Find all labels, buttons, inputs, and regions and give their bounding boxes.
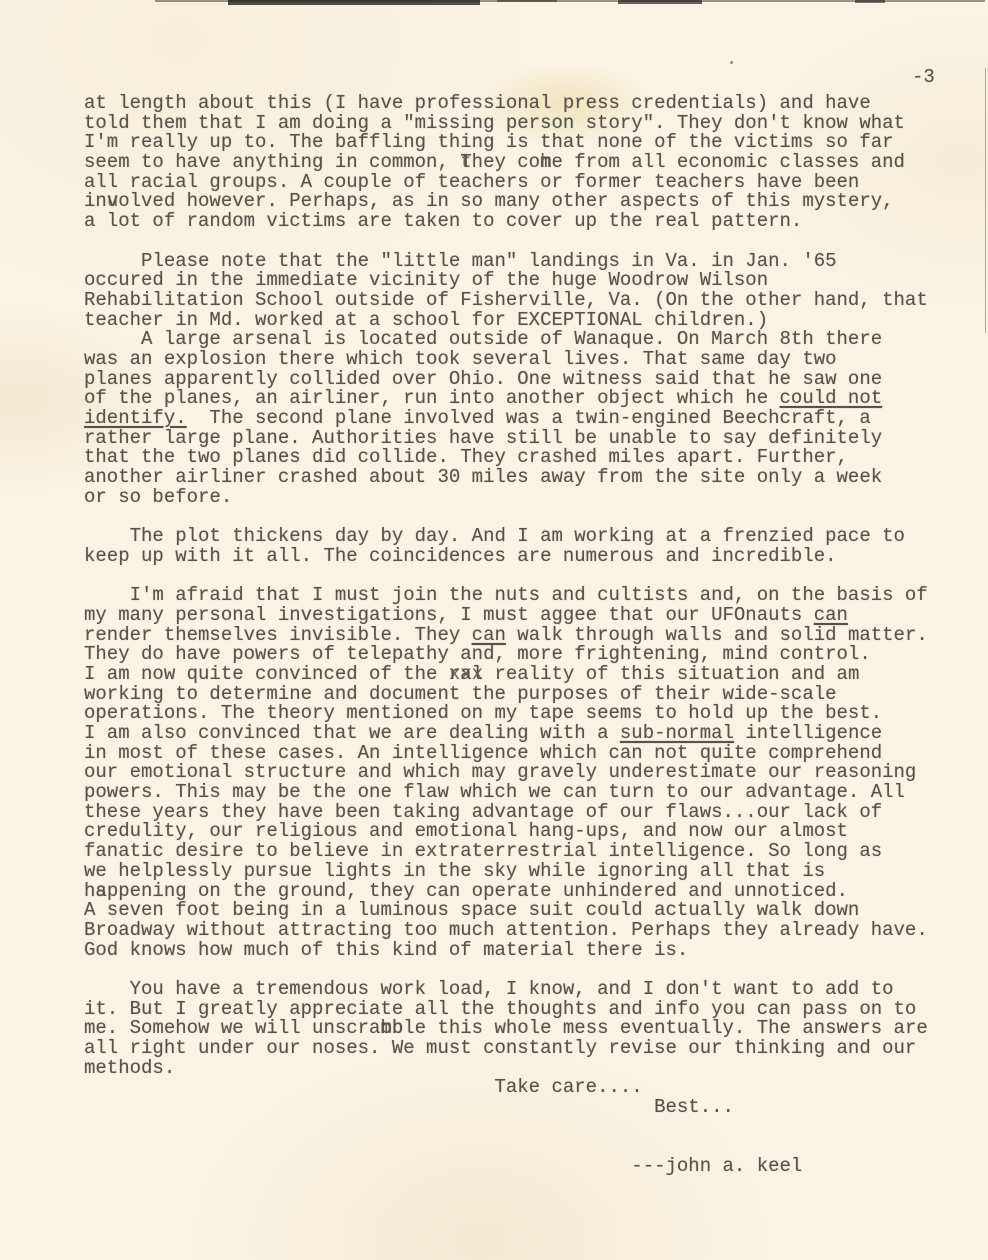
letter-text: was an explosion there which took severa… [84,348,837,370]
letter-text: at length about this (I have professiona… [84,92,871,114]
letter-text: ---john a. keel [84,1155,802,1177]
letter-body: at length about this (I have professiona… [84,94,928,1177]
letter-text: render themselves invisible. They [84,624,472,646]
scan-artifact-top-mark-3 [618,0,702,4]
letter-text: in [84,190,107,212]
letter-text: A large arsenal is located outside of Wa… [84,328,882,350]
letter-text: we helplessly pursue lights in the sky w… [84,860,825,882]
underlined-text: sub-normal [620,722,734,744]
letter-text: A seven foot being in a luminous space s… [84,899,859,921]
letter-text: it. But I greatly appreciate all the tho… [84,998,916,1020]
overstruck-text: ralxxx [449,665,483,685]
letter-text: powers. This may be the one flaw which w… [84,781,905,803]
letter-text: our emotional structure and which may gr… [84,761,916,783]
letter-text: all racial groups. A couple of teachers … [84,171,859,193]
letter-text: or so before. [84,486,232,508]
letter-text: told them that I am doing a "missing per… [84,112,905,134]
letter-text: h [84,880,95,902]
letter-text: le this whole mess eventually. The answe… [403,1017,928,1039]
underlined-text: can [814,604,848,626]
overstruck-text: as [95,882,106,902]
letter-text: all right under our noses. We must const… [84,1037,916,1059]
letter-text: hey co [472,151,540,173]
page-number: -3 [912,66,935,88]
underlined-text: identify. [84,407,187,429]
letter-text: You have a tremendous work load, I know,… [84,978,894,1000]
letter-text: rather large plane. Authorities have sti… [84,427,882,449]
letter-text: my many personal investigations, I must … [84,604,814,626]
letter-text: credulity, our religious and emotional h… [84,820,848,842]
letter-line [84,1118,928,1138]
letter-text: olved however. Perhaps, as in so many ot… [118,190,893,212]
letter-text: of the planes, an airliner, run into ano… [84,387,780,409]
underlined-text: can [472,624,506,646]
letter-text: walk through walls and solid matter. [506,624,928,646]
letter-text: planes apparently collided over Ohio. On… [84,368,882,390]
letter-text: me. Somehow we will unscra [84,1017,380,1039]
letter-line: or so before. [84,488,928,508]
letter-text: intelligence [734,722,882,744]
scan-artifact-top-mark-4 [855,0,885,3]
letter-line: God knows how much of this kind of mater… [84,941,928,961]
letter-text: that the two planes did collide. They cr… [84,446,848,468]
letter-text: They do have powers of telepathy and, mo… [84,643,871,665]
letter-text: The second plane involved was a twin-eng… [187,407,871,429]
letter-line: ---john a. keel [84,1157,928,1177]
letter-text: in most of these cases. An intelligence … [84,742,882,764]
letter-text: ppening on the ground, they can operate … [107,880,848,902]
overstruck-text: mh [540,153,551,173]
letter-line: all right under our noses. We must const… [84,1039,928,1059]
letter-text: The plot thickens day by day. And I am w… [84,525,905,547]
letter-text: seem to have anything in common, [84,151,460,173]
letter-text: occured in the immediate vicinity of the… [84,269,768,291]
letter-text: a lot of random victims are taken to cov… [84,210,802,232]
letter-text: working to determine and document the pu… [84,683,837,705]
letter-text: God knows how much of this kind of mater… [84,939,688,961]
letter-text: Rehabilitation School outside of Fisherv… [84,289,928,311]
letter-text: Best... [84,1096,734,1118]
letter-text: I am also convinced that we are dealing … [84,722,620,744]
letter-text: I'm really up to. The baffling thing is … [84,131,894,153]
letter-text: operations. The theory mentioned on my t… [84,702,882,724]
letter-line: keep up with it all. The coincidences ar… [84,547,928,567]
letter-text: fanatic desire to believe in extraterres… [84,840,882,862]
letter-text: Take care.... [84,1076,643,1098]
letter-text: I'm afraid that I must join the nuts and… [84,584,928,606]
letter-line: a lot of random victims are taken to cov… [84,212,928,232]
letter-text: e from all economic classes and [552,151,905,173]
underlined-text: could not [780,387,883,409]
letter-text: another airliner crashed about 30 miles … [84,466,882,488]
overstruck-text: Tt [460,153,471,173]
scan-artifact-top-mark-1 [228,0,480,5]
letter-text: reality of this situation and am [483,663,859,685]
scan-artifact-top-mark-2 [497,0,557,2]
letter-text: Broadway without attracting too much att… [84,919,928,941]
overstruck-text: bbmb [380,1019,403,1039]
letter-text: Please note that the "little man" landin… [84,250,837,272]
overstruck-text: vu [107,192,118,212]
scan-artifact-right-edge-line [985,68,986,333]
letter-page: -3 at length about this (I have professi… [0,0,988,1260]
letter-text: teacher in Md. worked at a school for EX… [84,309,768,331]
letter-text: I am now quite convinced of the [84,663,449,685]
scan-speck-1 [730,61,733,64]
letter-line: Best... [84,1098,928,1118]
letter-text: methods. [84,1057,175,1079]
letter-text: keep up with it all. The coincidences ar… [84,545,837,567]
letter-text: these years they have been taking advant… [84,801,882,823]
